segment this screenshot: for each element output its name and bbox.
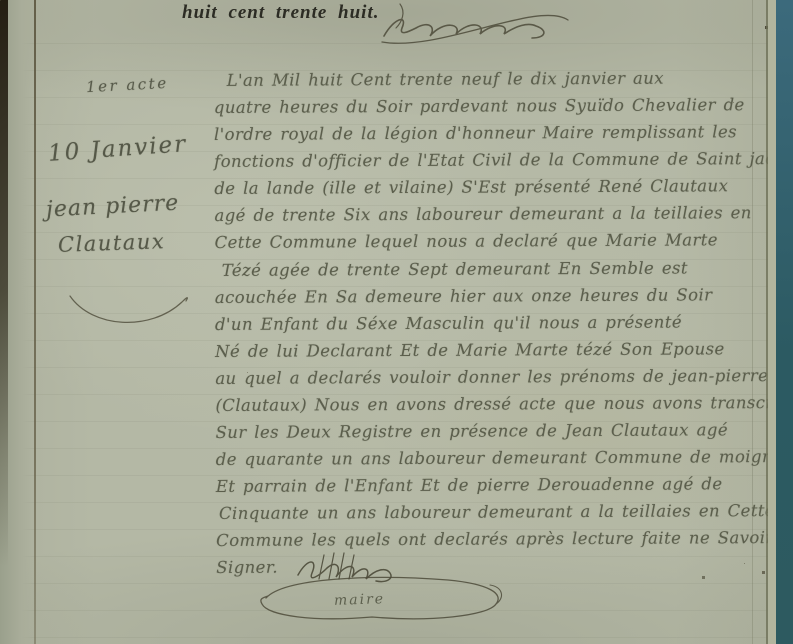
act-line: fonctions d'officier de l'Etat Civil de … <box>214 149 793 171</box>
act-line: (Clautaux) Nous en avons dressé acte que… <box>215 393 786 415</box>
act-line: L'an Mil huit Cent trente neuf le dix ja… <box>227 69 664 90</box>
act-line: de quarante un ans laboureur demeurant C… <box>216 447 783 469</box>
act-line: Et parrain de l'Enfant Et de pierre Dero… <box>216 474 723 496</box>
act-line: Commune les quels ont declarés après lec… <box>216 528 774 550</box>
act-line: Sur les Deux Registre en présence de Jea… <box>216 420 728 442</box>
page-edge-strip <box>768 0 776 644</box>
act-line: acouchée En Sa demeure hier aux onze heu… <box>215 285 713 307</box>
act-line: Cinquante un ans laboureur demeurant a l… <box>219 501 775 523</box>
mayor-title-label: maire <box>334 591 386 609</box>
paper-specks <box>0 0 1 1</box>
act-line: au quel a declarés vouloir donner les pr… <box>215 366 768 388</box>
act-line: agé de trente Six ans laboureur demeuran… <box>214 203 751 225</box>
act-line: l'ordre royal de la légion d'honneur Mai… <box>214 122 737 144</box>
act-line: Né de lui Declarant Et de Marie Marte té… <box>215 339 725 361</box>
act-text: L'an Mil huit Cent trente neuf le dix ja… <box>0 0 793 644</box>
act-line: Cette Commune lequel nous a declaré que … <box>215 230 718 252</box>
book-backdrop <box>776 0 793 644</box>
registry-scan-page: huit cent trente huit. 1er acte 10 Janvi… <box>0 0 793 644</box>
act-line: quatre heures du Soir pardevant nous Syu… <box>214 95 745 117</box>
act-line: d'un Enfant du Séxe Masculin qu'il nous … <box>215 313 682 334</box>
act-line: Signer. <box>216 558 278 577</box>
act-line: Tézé agée de trente Sept demeurant En Se… <box>222 258 688 279</box>
act-line: de la lande (ille et vilaine) S'Est prés… <box>214 176 728 198</box>
